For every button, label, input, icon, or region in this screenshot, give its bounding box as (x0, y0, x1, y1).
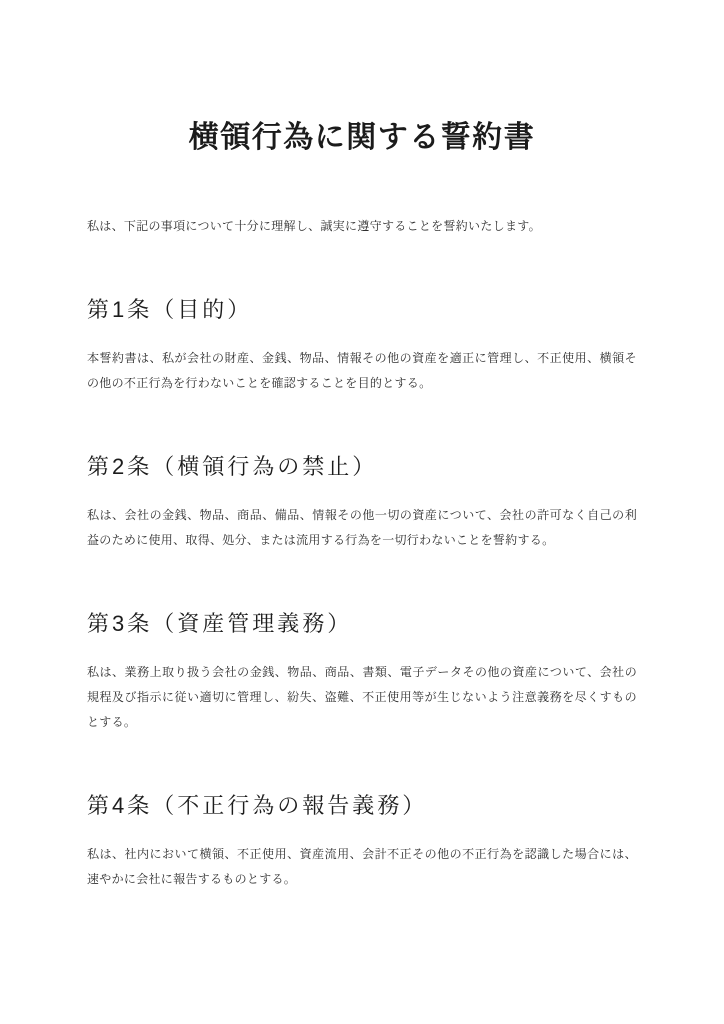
article-2-body: 私は、会社の金銭、物品、商品、備品、情報その他一切の資産について、会社の許可なく… (87, 503, 637, 553)
section-article-3: 第3条（資産管理義務） 私は、業務上取り扱う会社の金銭、物品、商品、書類、電子デ… (87, 610, 637, 735)
section-article-1: 第1条（目的） 本誓約書は、私が会社の財産、金銭、物品、情報その他の資産を適正に… (87, 296, 637, 396)
pledge-intro-text: 私は、下記の事項について十分に理解し、誠実に遵守することを誓約いたします。 (87, 218, 637, 235)
section-article-2: 第2条（横領行為の禁止） 私は、会社の金銭、物品、商品、備品、情報その他一切の資… (87, 453, 637, 553)
article-2-heading: 第2条（横領行為の禁止） (87, 453, 637, 481)
article-1-body: 本誓約書は、私が会社の財産、金銭、物品、情報その他の資産を適正に管理し、不正使用… (87, 346, 637, 396)
section-article-4: 第4条（不正行為の報告義務） 私は、社内において横領、不正使用、資産流用、会計不… (87, 792, 637, 892)
article-3-heading: 第3条（資産管理義務） (87, 610, 637, 638)
article-4-body: 私は、社内において横領、不正使用、資産流用、会計不正その他の不正行為を認識した場… (87, 842, 637, 892)
document-page: 横領行為に関する誓約書 私は、下記の事項について十分に理解し、誠実に遵守すること… (0, 0, 724, 1024)
document-title: 横領行為に関する誓約書 (87, 118, 637, 158)
article-1-heading: 第1条（目的） (87, 296, 637, 324)
article-3-body: 私は、業務上取り扱う会社の金銭、物品、商品、書類、電子データその他の資産について… (87, 660, 637, 735)
article-4-heading: 第4条（不正行為の報告義務） (87, 792, 637, 820)
